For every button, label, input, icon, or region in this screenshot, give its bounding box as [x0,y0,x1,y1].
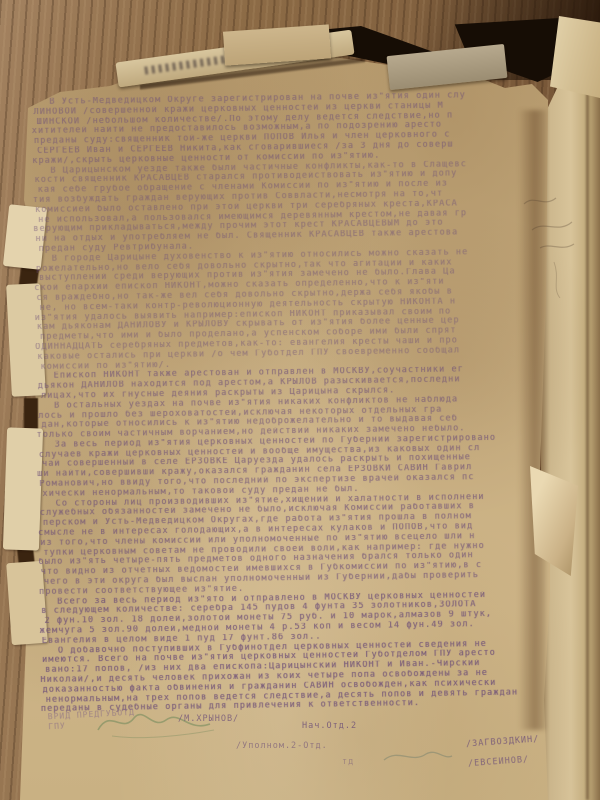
paragraph: В городе Царицыне духовенство к из"ятию … [36,247,548,373]
paragraph: В Царицынском уезде также были частичные… [34,159,545,255]
pencil-margin-note [514,182,594,302]
handwritten-initial [378,744,458,768]
paragraph: Всего за весь период из"ято и отправлено… [41,590,552,647]
paragraph: В Усть-Медведицком Округе зарегистрирова… [33,90,544,167]
paragraph: За весь период из"ятия церковных ценност… [39,433,550,500]
photo-of-archival-document: В Усть-Медведицком Округе зарегистрирова… [0,0,600,800]
book-spine-shadow [586,60,589,800]
torn-corner-flap [550,16,600,98]
signature-fragment: тд [342,757,354,767]
signature-title-2: /Уполном.2-Отд. [236,741,328,751]
signature-name: /М.ХРЫНОВ/ [178,714,239,724]
paragraph: Со стороны лиц производивших из"ятие,хищ… [39,492,550,598]
signature-title: Нач.Отд.2 [302,721,357,731]
typewritten-text-block: В Усть-Медведицком Округе зарегистрирова… [33,90,553,715]
